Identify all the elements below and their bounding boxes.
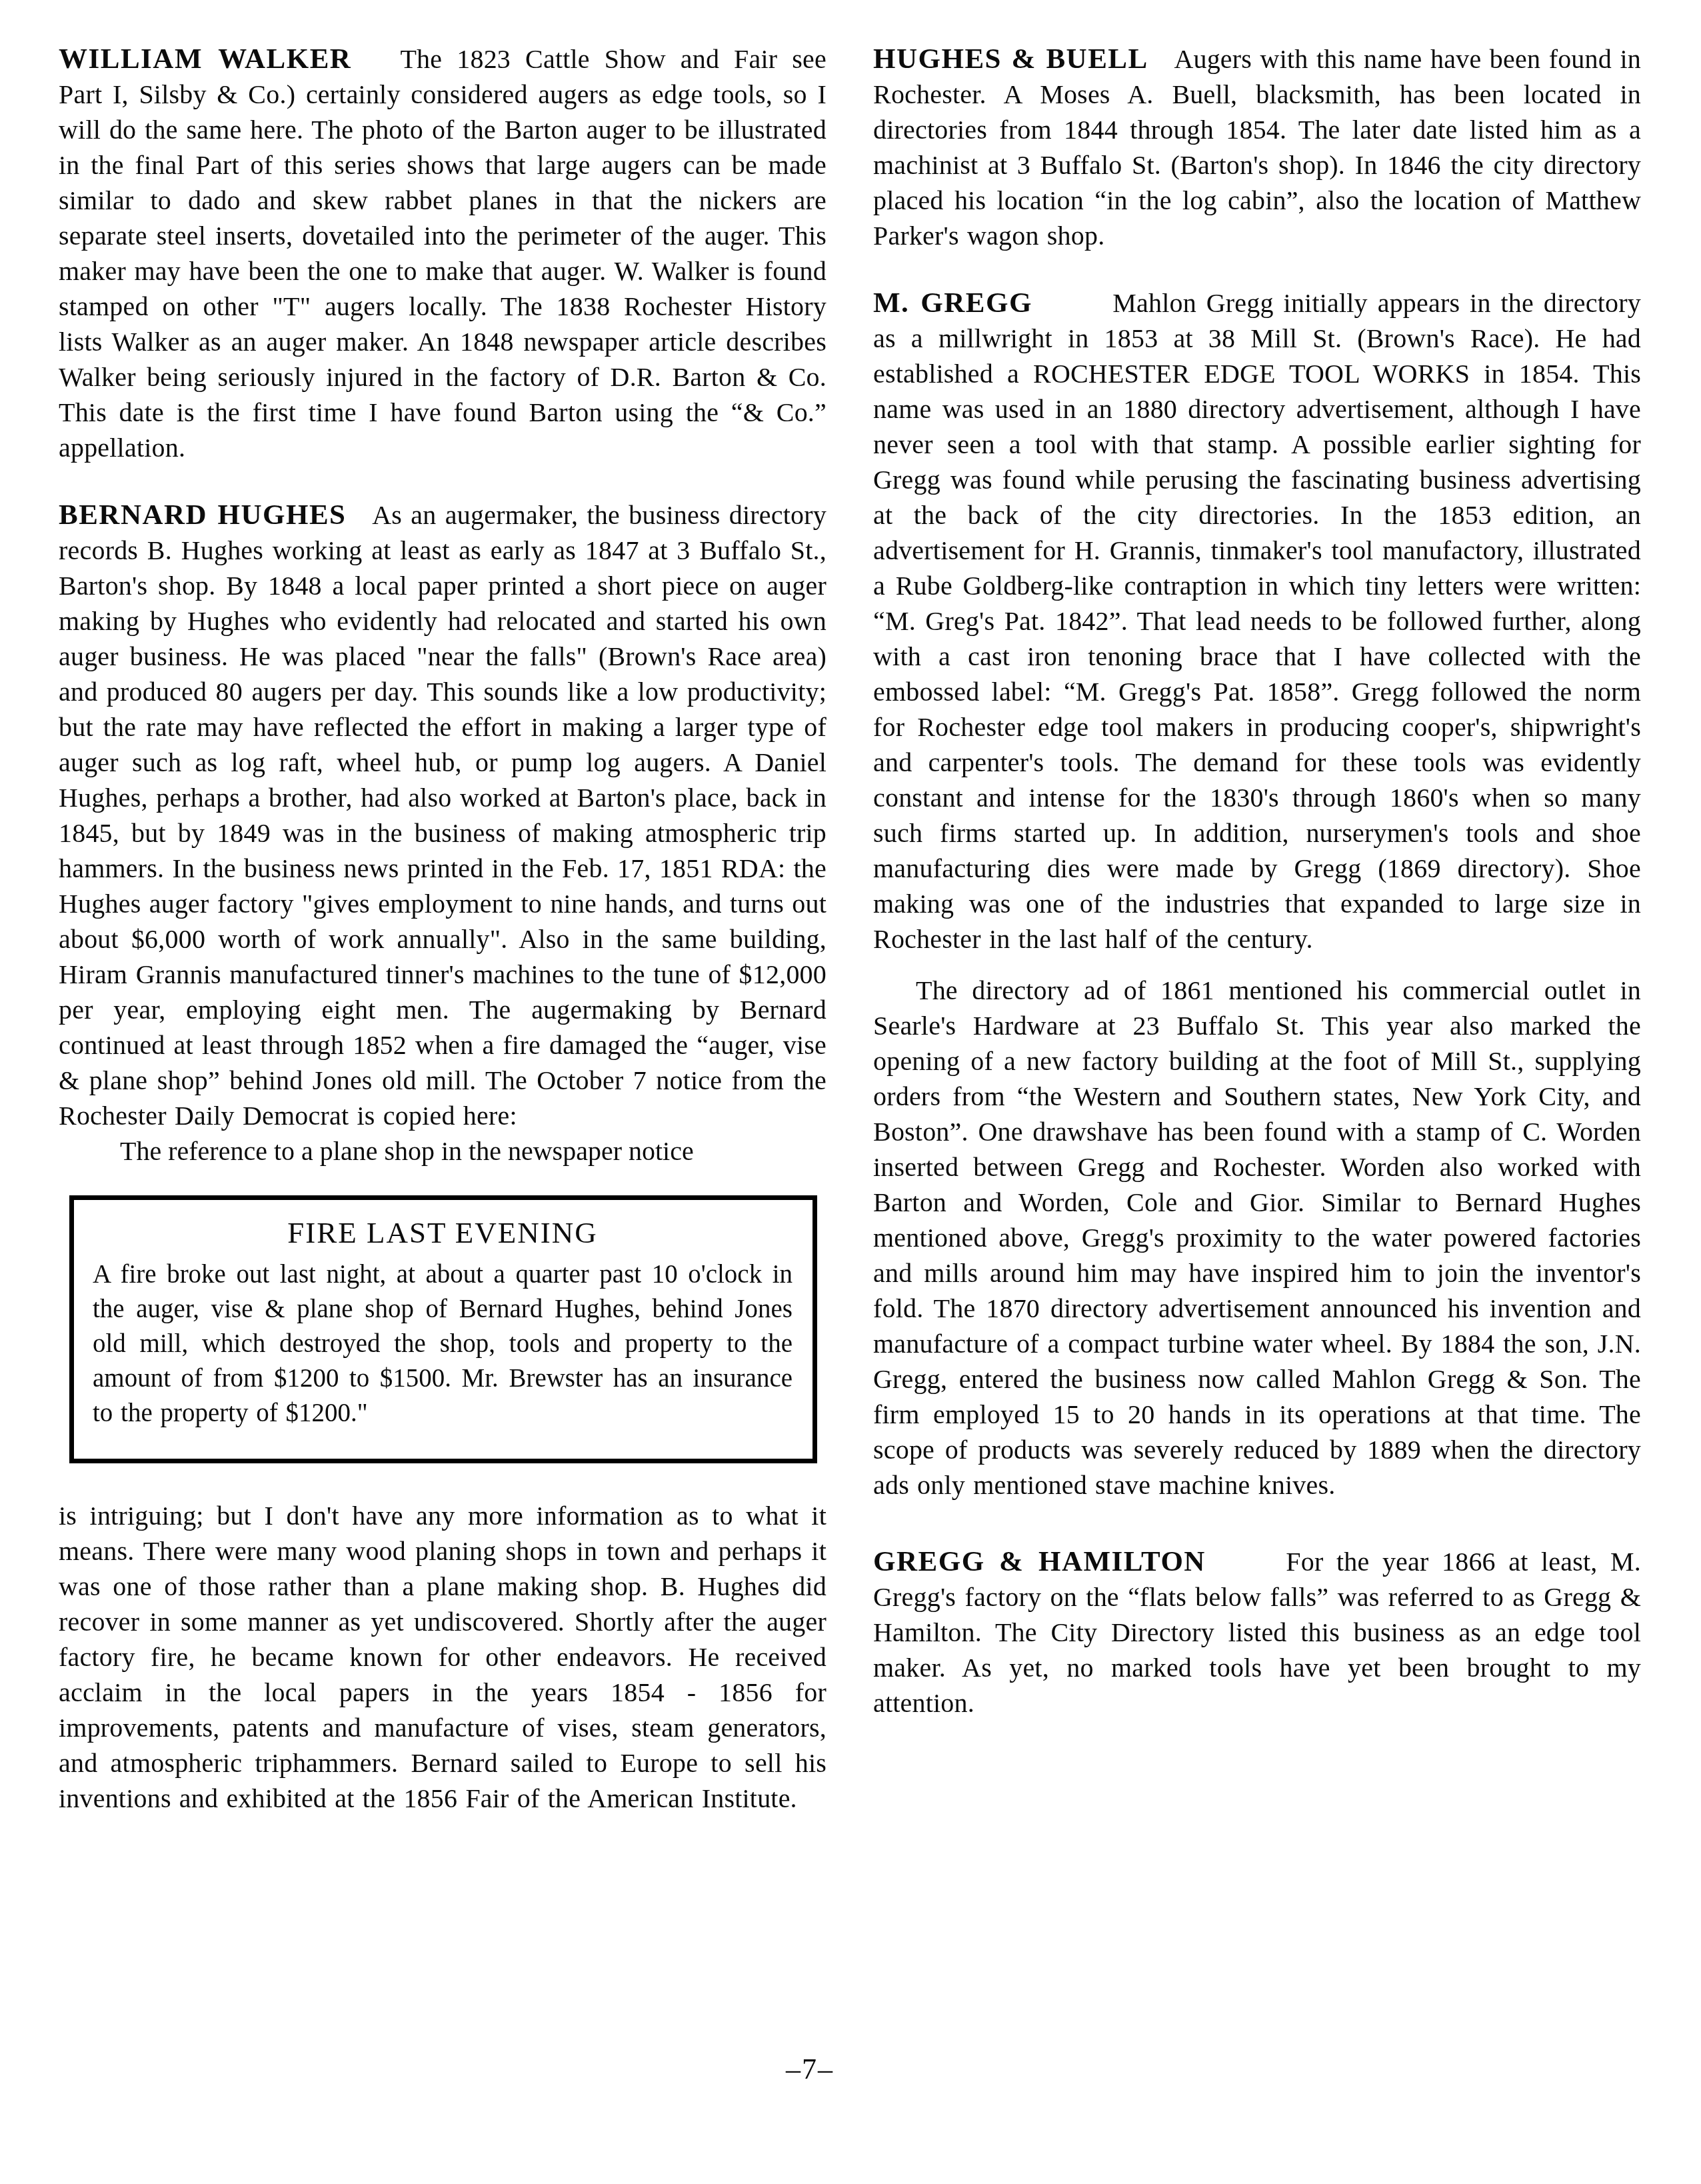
fire-notice-box: FIRE LAST EVENING A fire broke out last … bbox=[69, 1195, 817, 1463]
m-gregg-text: Mahlon Gregg initially appears in the di… bbox=[873, 288, 1641, 954]
continuation-paragraph: is intriguing; but I don't have any more… bbox=[59, 1498, 827, 1816]
hughes-buell-heading: HUGHES & BUELL bbox=[873, 43, 1148, 75]
hughes-buell-text: Augers with this name have been found in… bbox=[873, 44, 1641, 251]
scanned-document-page: WILLIAM WALKERThe 1823 Cattle Show and F… bbox=[0, 0, 1701, 2184]
page-number: –7– bbox=[0, 2052, 1620, 2086]
fire-notice-text: A fire broke out last night, at about a … bbox=[93, 1257, 793, 1431]
william-walker-text: The 1823 Cattle Show and Fair see Part I… bbox=[59, 44, 827, 463]
bernard-hughes-text: As an augermaker, the business directory… bbox=[59, 500, 827, 1131]
bernard-hughes-heading: BERNARD HUGHES bbox=[59, 499, 347, 531]
left-column: WILLIAM WALKERThe 1823 Cattle Show and F… bbox=[59, 41, 827, 1848]
section-gregg-hamilton: GREGG & HAMILTONFor the year 1866 at lea… bbox=[873, 1544, 1641, 1721]
section-bernard-hughes: BERNARD HUGHESAs an augermaker, the busi… bbox=[59, 497, 827, 1133]
m-gregg-heading: M. GREGG bbox=[873, 287, 1032, 319]
newspaper-reference-line: The reference to a plane shop in the new… bbox=[59, 1133, 827, 1169]
directory-ad-paragraph: The directory ad of 1861 mentioned his c… bbox=[873, 973, 1641, 1503]
section-william-walker: WILLIAM WALKERThe 1823 Cattle Show and F… bbox=[59, 41, 827, 465]
section-hughes-buell: HUGHES & BUELLAugers with this name have… bbox=[873, 41, 1641, 253]
william-walker-heading: WILLIAM WALKER bbox=[59, 43, 351, 75]
section-m-gregg: M. GREGGMahlon Gregg initially appears i… bbox=[873, 285, 1641, 957]
right-column: HUGHES & BUELLAugers with this name have… bbox=[873, 41, 1641, 1848]
gregg-hamilton-heading: GREGG & HAMILTON bbox=[873, 1546, 1206, 1577]
fire-notice-title: FIRE LAST EVENING bbox=[93, 1213, 793, 1252]
two-column-layout: WILLIAM WALKERThe 1823 Cattle Show and F… bbox=[0, 0, 1701, 1848]
